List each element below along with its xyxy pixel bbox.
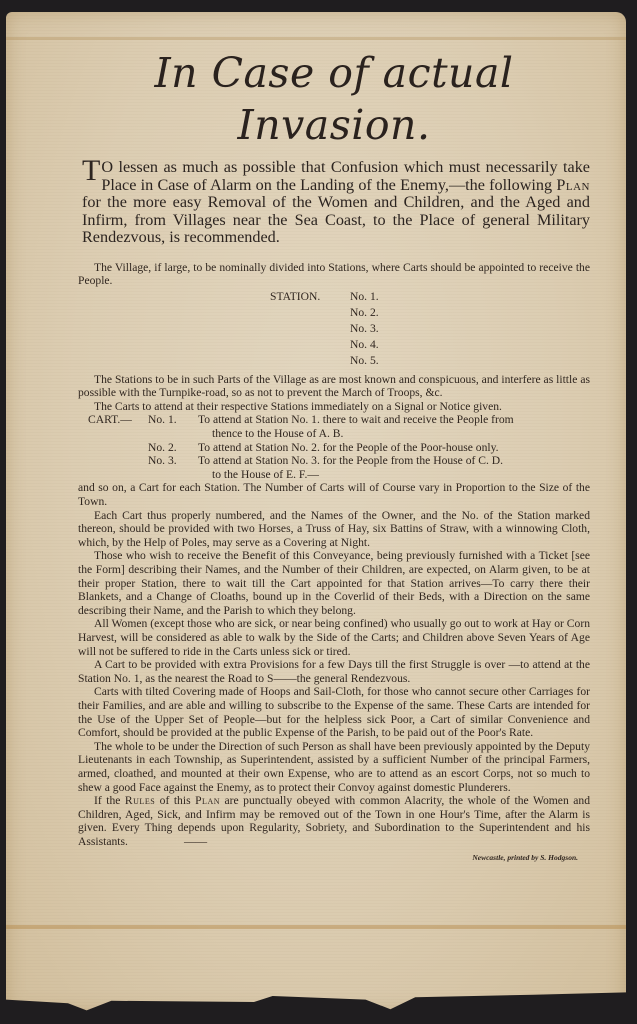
drop-cap: T — [82, 161, 100, 181]
printer-imprint: Newcastle, printed by S. Hodgson. — [78, 851, 578, 865]
paragraph-tilted-carts: Carts with tilted Covering made of Hoops… — [78, 685, 590, 739]
cart-number: No. 1. — [148, 413, 177, 427]
cart-text: To attend at Station No. 1. there to wai… — [198, 413, 590, 427]
cart-text: To attend at Station No. 2. for the Peop… — [198, 441, 590, 455]
document-title: In Case of actual Invasion. — [78, 47, 590, 151]
paragraph-and-so-on: and so on, a Cart for each Station. The … — [78, 481, 590, 508]
station-label: STATION. — [270, 290, 320, 304]
paragraph-village: The Village, if large, to be nominally d… — [78, 261, 590, 288]
paragraph-stations-parts: The Stations to be in such Parts of the … — [78, 373, 590, 400]
rules-word: Rules — [125, 794, 155, 807]
cart-continuation: to the House of E. F.— — [78, 468, 590, 482]
station-item: No. 4. — [350, 338, 379, 352]
paragraph-all-women: All Women (except those who are sick, or… — [78, 617, 590, 658]
stations-list: STATION. No. 1. No. 2. No. 3. No. 4. No.… — [78, 290, 590, 373]
paragraph-rules: If the Rules of this Plan are punctually… — [78, 794, 590, 848]
intro-text-2: for the more easy Removal of the Women a… — [82, 193, 590, 246]
station-item: No. 2. — [350, 306, 379, 320]
body-text: The Village, if large, to be nominally d… — [78, 261, 590, 866]
cart-continuation: thence to the House of A. B. — [78, 427, 590, 441]
cart-number: No. 3. — [148, 454, 177, 468]
paragraph-provisions: A Cart to be provided with extra Provisi… — [78, 658, 590, 685]
rules-text-1: If the — [94, 794, 125, 807]
plan-word: Plan — [556, 176, 590, 194]
torn-bottom-edge — [6, 990, 626, 1014]
station-item: No. 3. — [350, 322, 379, 336]
cart-number: No. 2. — [148, 441, 177, 455]
plan-word: Plan — [195, 794, 220, 807]
intro-text-1: O lessen as much as possible that Confus… — [101, 158, 590, 194]
rules-text-2: of this — [155, 794, 195, 807]
cart-label: CART.— — [88, 413, 132, 427]
fold-crease-top — [6, 37, 626, 40]
fold-crease-bottom — [6, 925, 626, 929]
station-item: No. 5. — [350, 354, 379, 368]
closing-rule: —— — [168, 835, 207, 849]
paragraph-each-cart: Each Cart thus properly numbered, and th… — [78, 509, 590, 550]
paragraph-those-who-wish: Those who wish to receive the Benefit of… — [78, 549, 590, 617]
broadside-content: In Case of actual Invasion. TO lessen as… — [78, 47, 590, 865]
cart-item: No. 3. To attend at Station No. 3. for t… — [78, 454, 590, 468]
station-item: No. 1. — [350, 290, 379, 304]
cart-text: To attend at Station No. 3. for the Peop… — [198, 454, 590, 468]
cart-cont-text: to the House of E. F.— — [212, 468, 319, 482]
paragraph-direction: The whole to be under the Direction of s… — [78, 740, 590, 794]
cart-item: No. 2. To attend at Station No. 2. for t… — [78, 441, 590, 455]
cart-item: CART.— No. 1. To attend at Station No. 1… — [78, 413, 590, 427]
cart-list: CART.— No. 1. To attend at Station No. 1… — [78, 413, 590, 481]
paragraph-carts-attend: The Carts to attend at their respective … — [78, 400, 590, 414]
intro-paragraph: TO lessen as much as possible that Confu… — [82, 159, 590, 247]
cart-cont-text: thence to the House of A. B. — [212, 427, 343, 441]
